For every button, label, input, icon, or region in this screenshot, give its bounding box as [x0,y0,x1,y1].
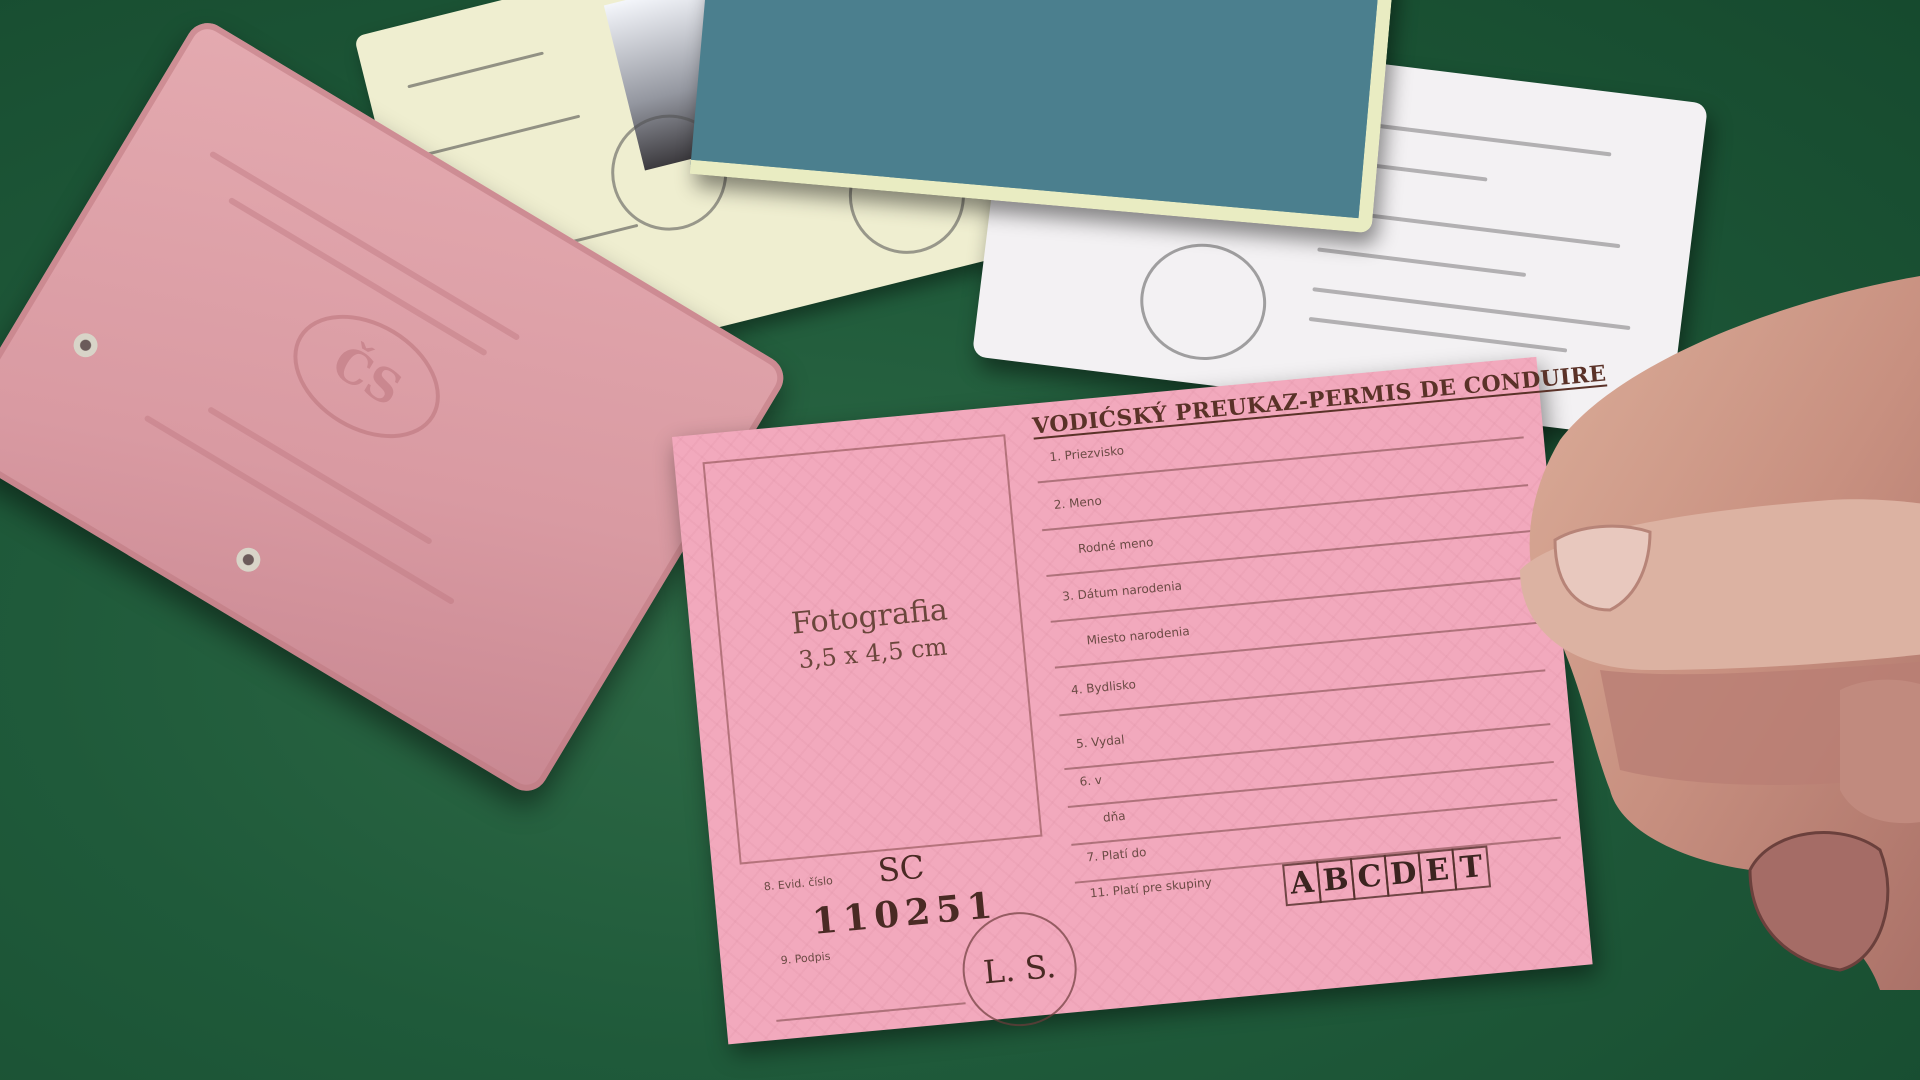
signature-line [776,1002,965,1022]
grommet [232,543,265,576]
evidence-number-label: 8. Evid. číslo [763,874,833,893]
handwriting [407,52,544,89]
signature-label: 9. Podpis [780,950,831,968]
embossed-text [143,415,455,606]
licence-number: 110251 [810,884,999,943]
text-line [1317,247,1526,277]
grommet [69,329,102,362]
handwriting [424,115,580,157]
embossed-emblem: ČS [271,289,462,463]
licence-series: SC [876,848,926,890]
hand [1500,270,1920,990]
driving-licence-card: Fotografia 3,5 x 4,5 cm VODIĆSKÝ PREUKAZ… [672,357,1593,1045]
stamp-icon [1134,237,1273,367]
embossed-text [209,150,521,341]
photo-box: Fotografia 3,5 x 4,5 cm [702,434,1042,864]
group-box: T [1451,845,1491,890]
